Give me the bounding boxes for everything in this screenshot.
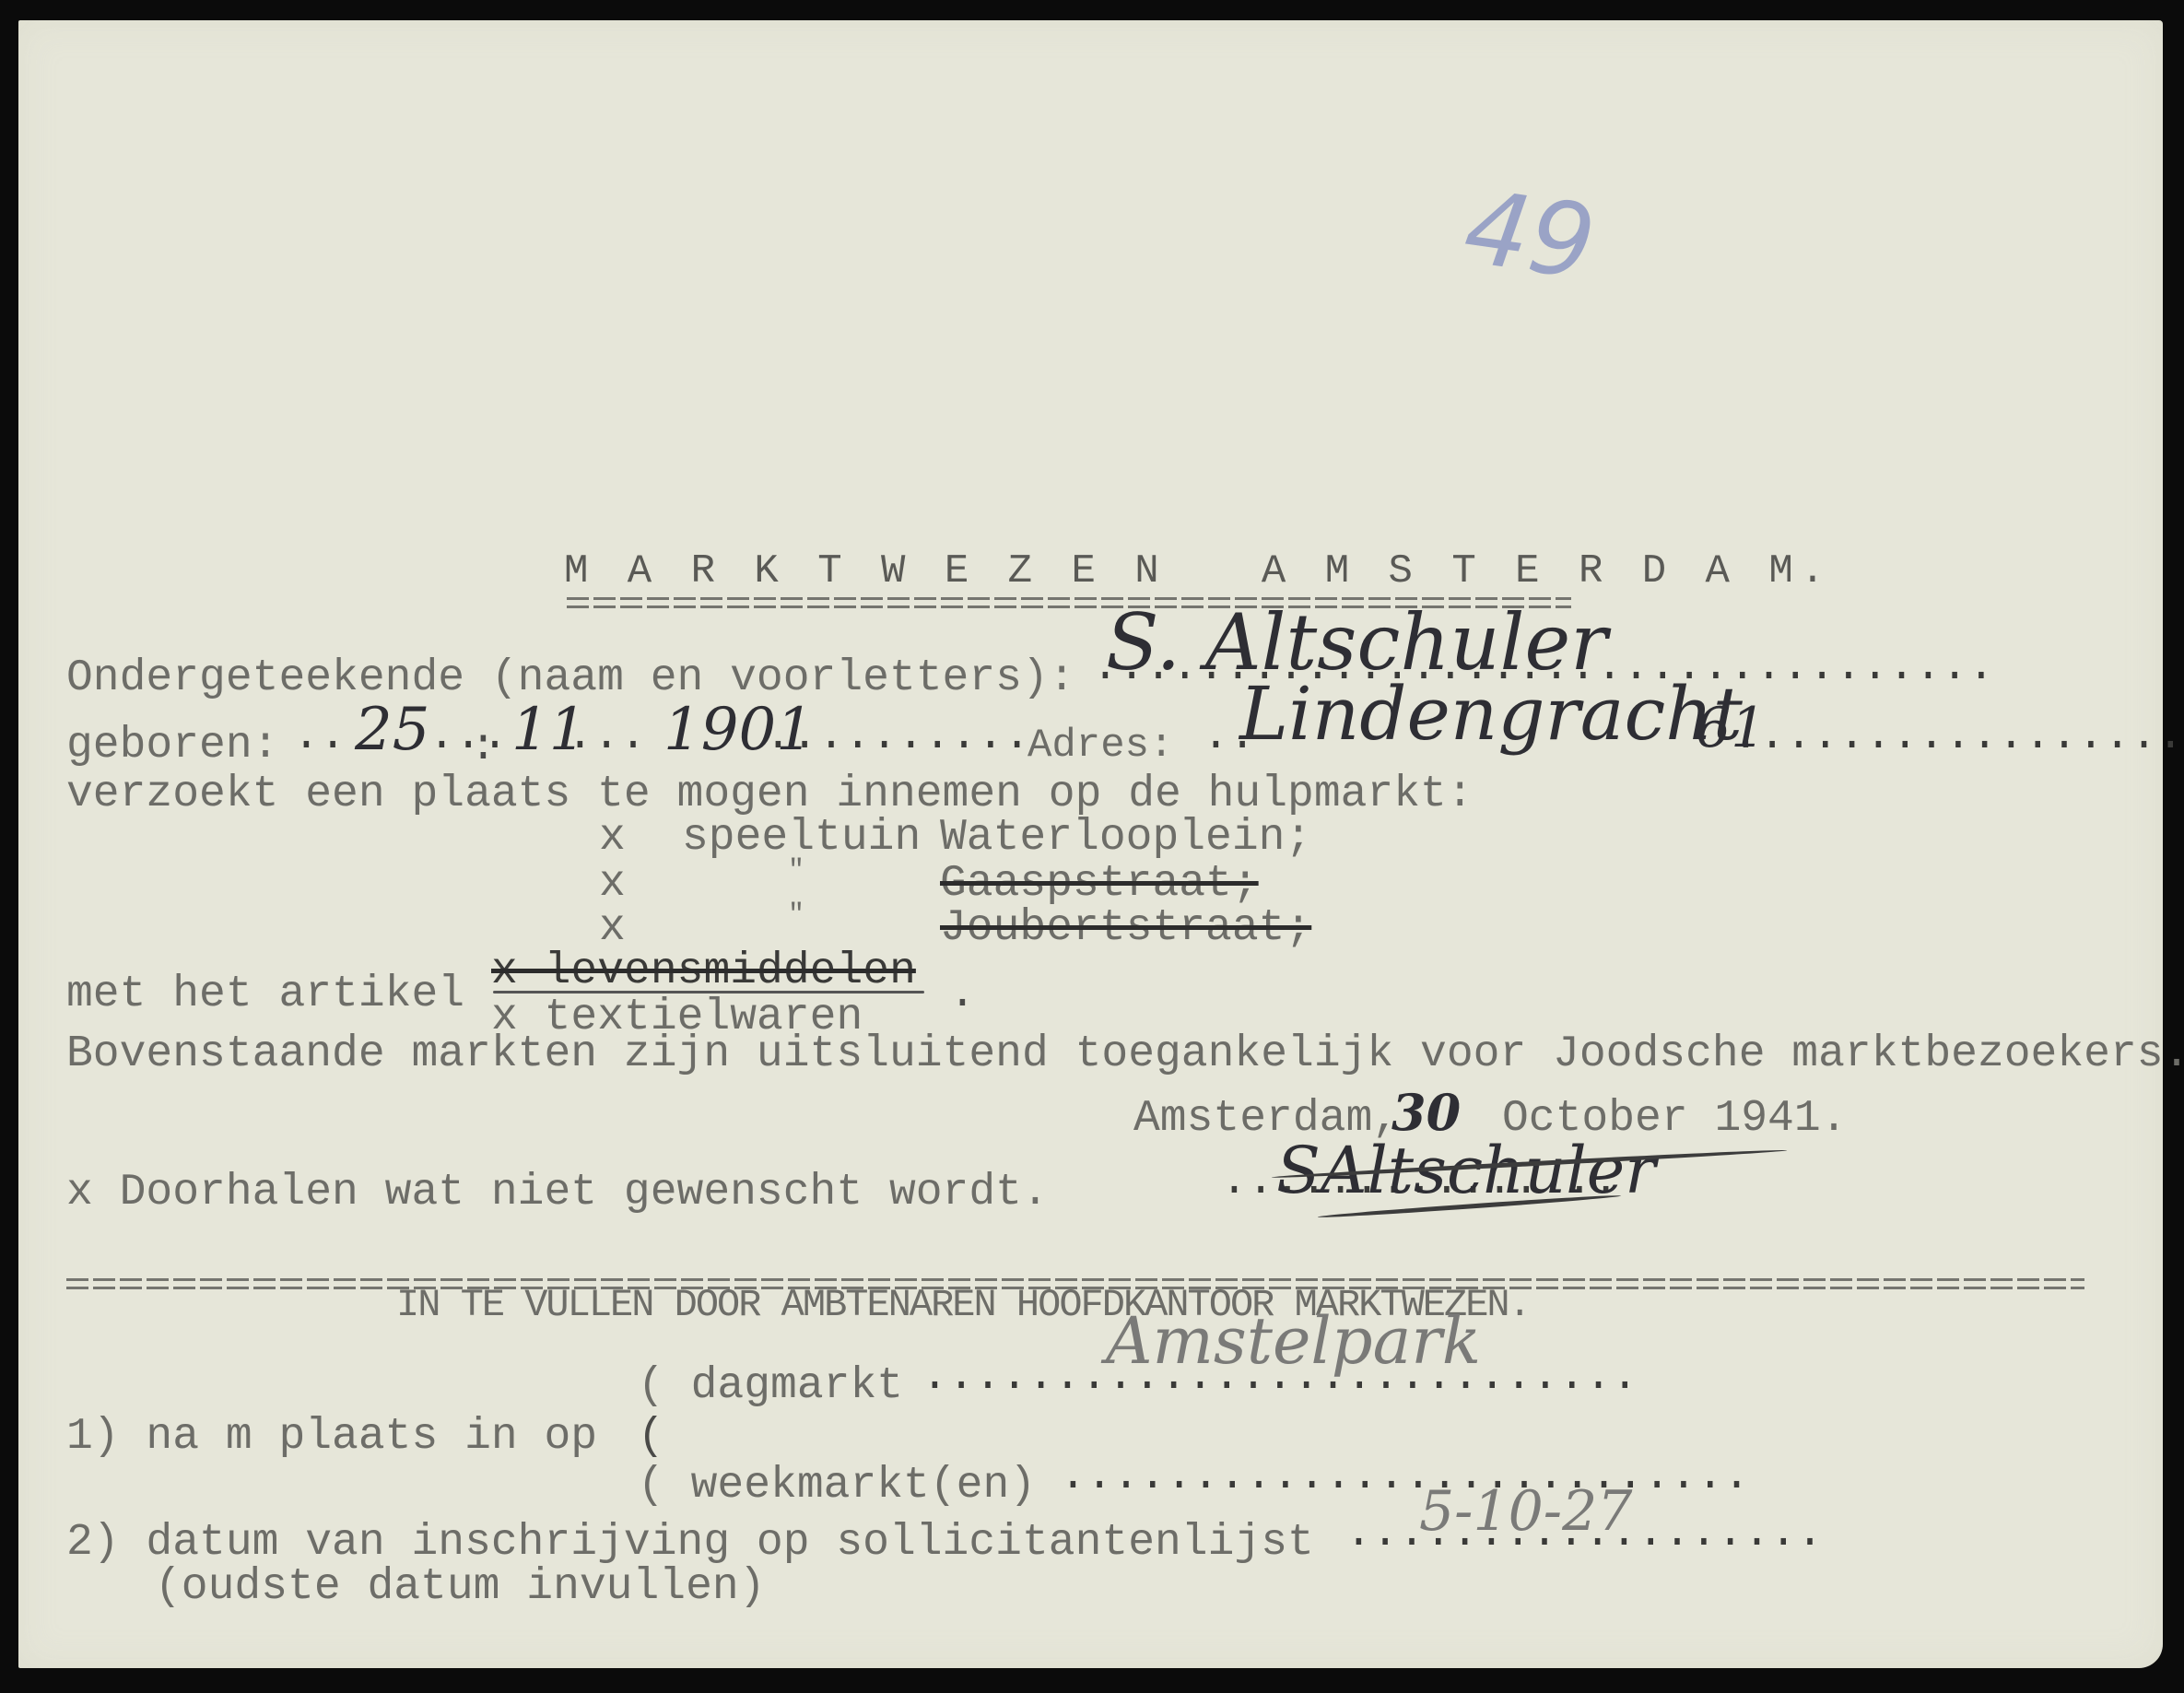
field-address-value: Lindengracht (1239, 677, 1743, 751)
field-name-value: S. Altschuler (1106, 604, 1607, 681)
address-dots-b: ......................... (1732, 714, 2184, 758)
field-house-number: 61 (1696, 700, 1766, 756)
page-title: M A R K T W E Z E N A M S T E R D A M. (564, 551, 1832, 592)
label-name: Ondergeteekende (naam en voorletters): (66, 656, 1075, 700)
item-2-value: 5-10-27 (1419, 1484, 1632, 1539)
article-label: met het artikel (66, 972, 464, 1017)
label-address: Adres: (1027, 725, 1173, 766)
dagmarkt-value: Amstelpark (1106, 1309, 1481, 1373)
market-2-ditto: " (788, 857, 804, 885)
born-dots-c: ... (567, 714, 646, 758)
market-3-ditto: " (788, 901, 804, 929)
footnote: x Doorhalen wat niet gewenscht wordt. (66, 1170, 1049, 1215)
item-2-label: 2) datum van inschrijving op sollicitant… (66, 1521, 1314, 1565)
signature: SAltschuler (1276, 1138, 1656, 1203)
field-born-day: 25 (355, 700, 429, 759)
born-dots-d: .......... (765, 714, 1030, 758)
born-separator: : (470, 725, 497, 770)
weekmarkt-dots: .......................... (1060, 1454, 1750, 1499)
date-day: 30 (1391, 1088, 1461, 1137)
market-3-marker: x (599, 906, 626, 950)
label-born: geboren: (66, 723, 278, 768)
request-line: verzoekt een plaats te mogen innemen op … (66, 772, 1474, 817)
dagmarkt-label: ( dagmarkt (638, 1364, 903, 1408)
weekmarkt-label: ( weekmarkt(en) (638, 1464, 1036, 1508)
market-1-prefix: speeltuin (682, 816, 921, 860)
born-dots-a: .. (293, 714, 346, 758)
market-1-marker: x (599, 816, 626, 860)
market-2-marker: x (599, 862, 626, 906)
article-terminator: . (949, 972, 976, 1017)
brace-middle: ( (638, 1415, 664, 1459)
market-2-name: Gaaspstraat; (940, 862, 1259, 906)
market-3-name: Joubertstraat; (940, 906, 1311, 950)
market-1-name: Waterlooplein; (940, 816, 1311, 860)
item-1-label: 1) na m plaats in op (66, 1415, 597, 1459)
item-2-note: (oudste datum invullen) (155, 1565, 766, 1609)
notice-text: Bovenstaande markten zijn uitsluitend to… (66, 1032, 2184, 1076)
archive-mark: 49 (1459, 176, 1601, 294)
article-option-food: x levensmiddelen (491, 949, 916, 993)
